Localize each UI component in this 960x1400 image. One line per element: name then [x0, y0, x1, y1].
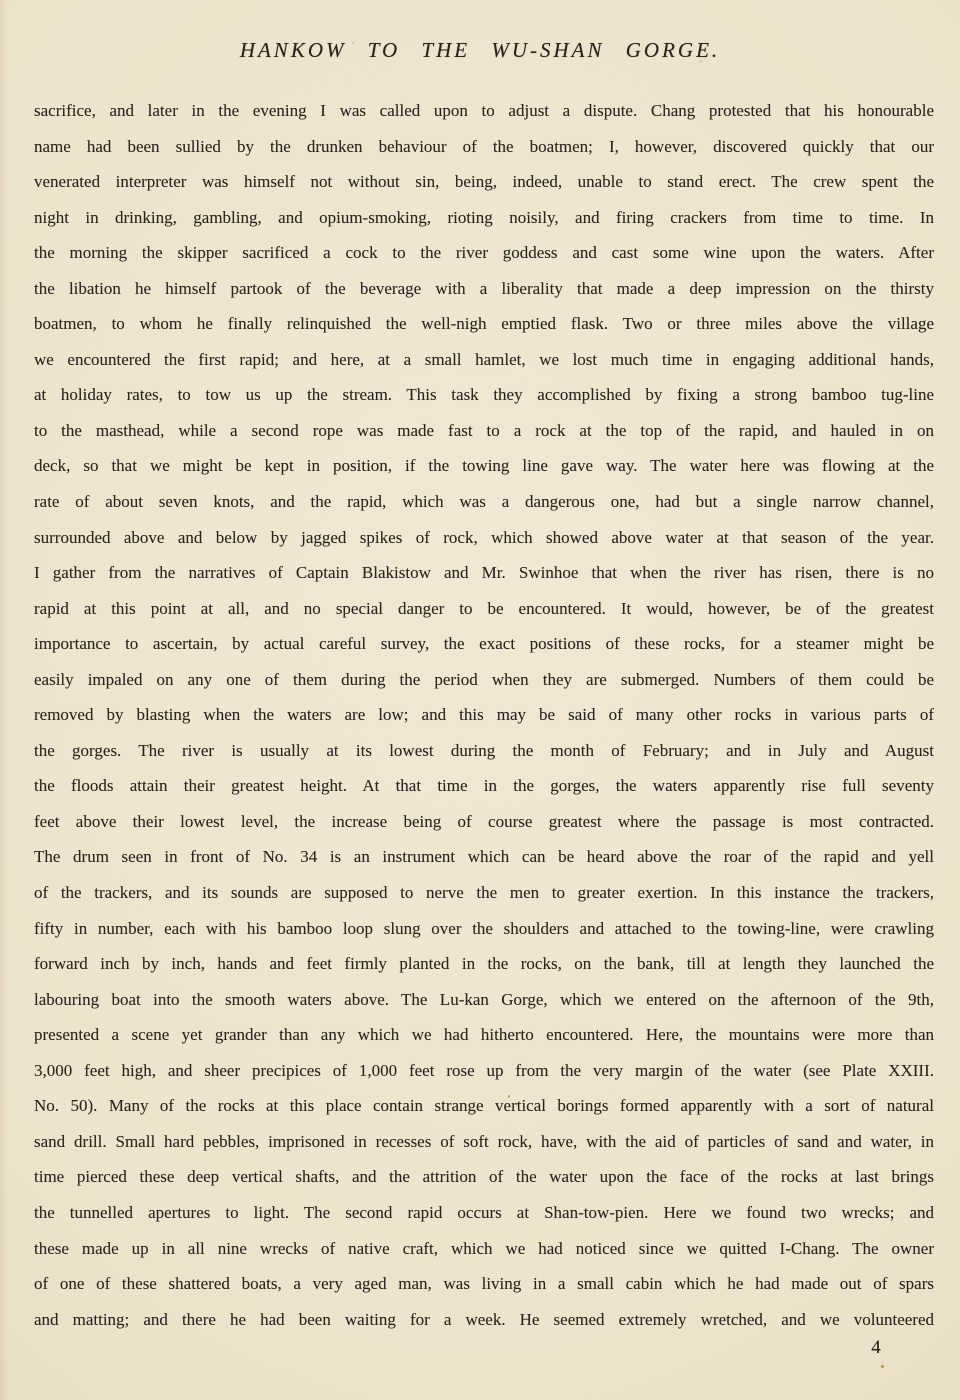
- body-line: easily impaled on any one of them during…: [34, 662, 934, 698]
- body-line: venerated interpreter was himself not wi…: [34, 164, 934, 200]
- body-line: sacrifice, and later in the evening I wa…: [34, 93, 934, 129]
- body-line: these made up in all nine wrecks of nati…: [34, 1231, 934, 1267]
- body-line: removed by blasting when the waters are …: [34, 697, 934, 733]
- body-line: the tunnelled apertures to light. The se…: [34, 1195, 934, 1231]
- body-line: importance to ascertain, by actual caref…: [34, 626, 934, 662]
- page-number: 4: [856, 1337, 896, 1359]
- body-line: we encountered the first rapid; and here…: [34, 342, 934, 378]
- body-line: The drum seen in front of No. 34 is an i…: [34, 839, 934, 875]
- body-line: the morning the skipper sacrificed a coc…: [34, 235, 934, 271]
- body-line: surrounded above and below by jagged spi…: [34, 520, 934, 556]
- body-line: deck, so that we might be kept in positi…: [34, 448, 934, 484]
- body-line: presented a scene yet grander than any w…: [34, 1017, 934, 1053]
- body-line: No. 50). Many of the rocks at this place…: [34, 1088, 934, 1124]
- body-line: of one of these shattered boats, a very …: [34, 1266, 934, 1302]
- book-page: HANKOW TO THE WU-SHAN GORGE. sacrifice, …: [0, 0, 960, 1400]
- body-line: sand drill. Small hard pebbles, imprison…: [34, 1124, 934, 1160]
- body-line: of the trackers, and its sounds are supp…: [34, 875, 934, 911]
- body-line: rate of about seven knots, and the rapid…: [34, 484, 934, 520]
- body-line: the floods attain their greatest height.…: [34, 768, 934, 804]
- body-line: night in drinking, gambling, and opium-s…: [34, 200, 934, 236]
- body-line: feet above their lowest level, the incre…: [34, 804, 934, 840]
- body-line: at holiday rates, to tow us up the strea…: [34, 377, 934, 413]
- body-line: rapid at this point at all, and no speci…: [34, 591, 934, 627]
- body-line: boatmen, to whom he finally relinquished…: [34, 306, 934, 342]
- body-line: the libation he himself partook of the b…: [34, 271, 934, 307]
- body-line: the gorges. The river is usually at its …: [34, 733, 934, 769]
- body-line: 3,000 feet high, and sheer precipices of…: [34, 1053, 934, 1089]
- body-line: time pierced these deep vertical shafts,…: [34, 1159, 934, 1195]
- body-line: forward inch by inch, hands and feet fir…: [34, 946, 934, 982]
- body-line: name had been sullied by the drunken beh…: [34, 129, 934, 165]
- body-line: fifty in number, each with his bamboo lo…: [34, 911, 934, 947]
- paper-speck: [881, 1365, 884, 1368]
- body-line: and matting; and there he had been waiti…: [34, 1302, 934, 1338]
- body-line: to the masthead, while a second rope was…: [34, 413, 934, 449]
- body-text: sacrifice, and later in the evening I wa…: [34, 93, 934, 1337]
- body-line: labouring boat into the smooth waters ab…: [34, 982, 934, 1018]
- body-line: I gather from the narratives of Captain …: [34, 555, 934, 591]
- page-title: HANKOW TO THE WU-SHAN GORGE.: [0, 38, 960, 63]
